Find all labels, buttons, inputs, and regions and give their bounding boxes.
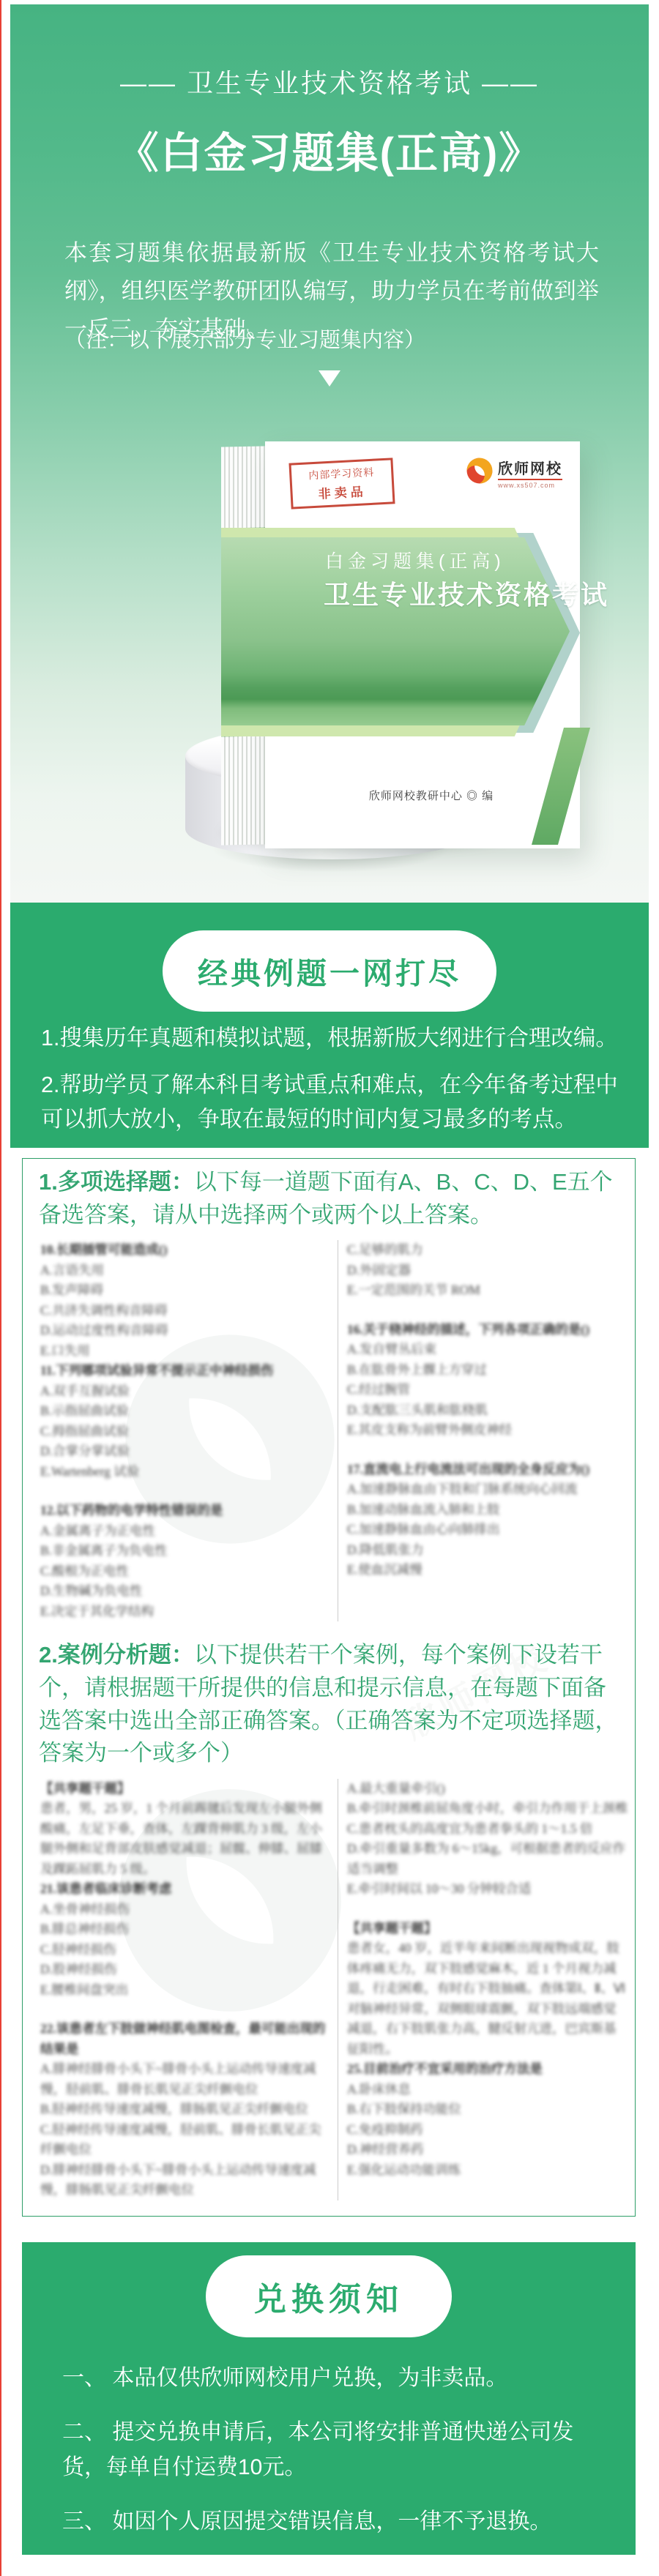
question-line: C.共济失调性构音障碍: [40, 1301, 327, 1321]
question-line: E.强化运动功能训练: [347, 2160, 628, 2181]
cover-editor-line: 欣师网校教研中心 ◎ 编: [325, 788, 537, 803]
question-line: 【共享题干题】: [40, 1779, 327, 1799]
mc-questions-right: C.足够的肌力D.外固定器E.一定范围的关节 ROM16.关于桡神经的描述，下列…: [338, 1240, 628, 1621]
notice-badge: 兑换须知: [206, 2255, 452, 2337]
not-for-sale-stamp: 内部学习资料 非卖品: [288, 458, 395, 509]
question-line: C.患者枕头的高度宜为患者拳头的 1～1.5 倍: [347, 1819, 628, 1840]
sample-questions-section: 欣师网校 1.多项选择题：以下每一道题下面有A、B、C、D、E五个备选答案，请从…: [0, 1148, 659, 2242]
question-line: 21.该患者临床诊断考虑: [40, 1879, 327, 1900]
question-line: C.免疫抑制药: [347, 2120, 628, 2140]
redeem-notice-section: 兑换须知 一、 本品仅供欣师网校用户兑换，为非卖品。二、 提交兑换申请后，本公司…: [22, 2242, 636, 2555]
notice-item: 一、 本品仅供欣师网校用户兑换，为非卖品。: [62, 2361, 599, 2396]
question-line: C.拇指屈曲试验: [40, 1422, 327, 1442]
question-line: C.足够的肌力: [347, 1240, 628, 1261]
content-note: （注：以下展示部分专业习题集内容）: [64, 324, 425, 354]
case-questions-left: 【共享题干题】患者，男，25 岁，1 个月前踢毽后发现左小腿外侧酸痛，左足下垂，…: [23, 1779, 338, 2200]
question-line: 12.以下药物的电学特性错误的是: [40, 1501, 327, 1521]
question-line: B.胫神经传导速度减慢，腓肠肌见正尖纤颤电位: [40, 2099, 327, 2120]
question-line: B.示指屈曲试验: [40, 1401, 327, 1422]
question-line: [40, 1482, 327, 1501]
question-line: A.金属离子为正电性: [40, 1521, 327, 1542]
question-line: D.生物碱为负电性: [40, 1581, 327, 1602]
question-line: E.腰椎间盘突出: [40, 1980, 327, 2001]
question-line: D.牵引重量多数为 6～15kg，可根据患者的反应作适当调整: [347, 1839, 628, 1879]
case-analysis-heading: 2.案例分析题：以下提供若干个案例，每个案例下设若干个，请根据题干所提供的信息和…: [39, 1639, 620, 1770]
question-line: [347, 1441, 628, 1460]
exam-category-heading: —— 卫生专业技术资格考试 ——: [10, 63, 649, 100]
question-line: D.运动过度性构音障碍: [40, 1321, 327, 1341]
question-line: E.其皮支称为前臂外侧皮神经: [347, 1420, 628, 1441]
question-line: A.卧床休息: [347, 2080, 628, 2100]
question-line: D.外固定器: [347, 1261, 628, 1281]
left-edge-line: [0, 0, 1, 2576]
question-line: A.坐骨神经损伤: [40, 1900, 327, 1920]
question-line: B.在肱骨外上髁上方穿过: [347, 1360, 628, 1381]
question-line: A.腓神经腓骨小头下~腓骨小头上运动传导速度减慢，胫前肌、腓骨长肌见正尖纤颤电位: [40, 2059, 327, 2099]
hero-section: —— 卫生专业技术资格考试 —— 《白金习题集(正高)》 本套习题集依据最新版《…: [10, 4, 649, 903]
question-line: E.决定于其化学结构: [40, 1602, 327, 1622]
question-line: D.腓神经腓骨小头下~腓骨小头上运动传导速度减慢，腓肠肌见正尖纤颤电位: [40, 2160, 327, 2200]
question-box: 欣师网校 1.多项选择题：以下每一道题下面有A、B、C、D、E五个备选答案，请从…: [22, 1158, 636, 2217]
brand-logo: 欣师网校 www.xs507.com: [466, 457, 562, 489]
question-line: [347, 1301, 628, 1320]
notice-item: 二、 提交兑换申请后，本公司将安排普通快递公司发货，每单自付运费10元。: [62, 2415, 599, 2485]
question-line: 16.关于桡神经的描述，下列各项正确的是(): [347, 1320, 628, 1340]
question-line: 【共享题干题】: [347, 1919, 628, 1939]
question-line: 11.下列哪项试验异常不提示正中神经损伤: [40, 1361, 327, 1381]
question-line: A.发自臂丛后束: [347, 1340, 628, 1360]
question-line: B.发声障碍: [40, 1280, 327, 1301]
question-line: 患者女，40 岁，近半年来间断出现视物成双，肢体疼痛无力，双下肢感觉麻木，近 1…: [347, 1938, 628, 2059]
question-line: 患者，男，25 岁，1 个月前踢毽后发现左小腿外侧酸痛，左足下垂，查体，左踝背伸…: [40, 1799, 327, 1879]
question-line: [347, 1900, 628, 1919]
case-analysis-label: 2.案例分析题：: [39, 1642, 194, 1668]
question-line: B.加速动脉血流入肺和上肢: [347, 1500, 628, 1520]
features-badge: 经典例题一网打尽: [163, 930, 496, 1012]
question-line: A.言语失用: [40, 1261, 327, 1281]
cover-title: 卫生专业技术资格考试: [324, 575, 609, 612]
question-line: 25.目前治疗不宜采用的治疗方法是: [347, 2059, 628, 2080]
question-line: A.最大重量牵引(): [347, 1779, 628, 1799]
question-line: D.神经营养药: [347, 2140, 628, 2160]
question-line: C.胫神经传导速度减慢，胫前肌、腓骨长肌见正尖纤颤电位: [40, 2120, 327, 2160]
stamp-text-bottom: 非卖品: [298, 480, 387, 503]
question-line: D.合掌分掌试验: [40, 1441, 327, 1462]
question-line: E.Wartenberg 试验: [40, 1462, 327, 1482]
features-section: 经典例题一网打尽 1.搜集历年真题和模拟试题，根据新版大纲进行合理改编。2.帮助…: [10, 903, 649, 1148]
question-line: C.经过腕管: [347, 1380, 628, 1400]
promo-page: —— 卫生专业技术资格考试 —— 《白金习题集(正高)》 本套习题集依据最新版《…: [0, 0, 659, 2576]
question-line: B.牵引时颈椎前屈角度小时，牵引力作用于上颈椎: [347, 1799, 628, 1819]
question-line: E.使血沉减慢: [347, 1560, 628, 1580]
question-line: A.双手互握试验: [40, 1381, 327, 1402]
question-line: B.腓总神经损伤: [40, 1919, 327, 1940]
question-line: 17.直流电上行电流法可出现的全身反应为(): [347, 1460, 628, 1480]
feature-item: 2.帮助学员了解本科目考试重点和难点，在今年备考过程中可以抓大放小，争取在最短的…: [41, 1068, 622, 1138]
multiple-choice-label: 1.多项选择题：: [39, 1169, 194, 1195]
product-title: 《白金习题集(正高)》: [10, 119, 649, 180]
feature-item: 1.搜集历年真题和模拟试题，根据新版大纲进行合理改编。: [41, 1021, 622, 1056]
brand-url: www.xs507.com: [498, 482, 562, 489]
question-line: B.右下肢保持功能位: [347, 2099, 628, 2120]
brand-name: 欣师网校: [498, 457, 562, 480]
brand-text: 欣师网校 www.xs507.com: [498, 457, 562, 489]
question-line: D.股神经损伤: [40, 1960, 327, 1980]
question-line: 22.该患者左下肢做神经肌电图检查，最可能出现的结果是: [40, 2019, 327, 2059]
question-line: E.牵引时间以 10～30 分钟较合适: [347, 1879, 628, 1900]
multiple-choice-columns: 10.长期插管可能造成()A.言语失用B.发声障碍C.共济失调性构音障碍D.运动…: [23, 1240, 635, 1621]
question-line: E.一定范围的关节 ROM: [347, 1280, 628, 1301]
question-line: B.非金属离子为负电性: [40, 1541, 327, 1561]
question-line: C.胫神经损伤: [40, 1940, 327, 1960]
multiple-choice-heading: 1.多项选择题：以下每一道题下面有A、B、C、D、E五个备选答案，请从中选择两个…: [39, 1166, 620, 1231]
question-line: D.支配肱三头肌和肱桡肌: [347, 1400, 628, 1421]
notice-list: 一、 本品仅供欣师网校用户兑换，为非卖品。二、 提交兑换申请后，本公司将安排普通…: [62, 2361, 599, 2558]
question-line: A.加速静脉血由下肢和门脉系统向心回流: [347, 1479, 628, 1500]
question-line: D.降低肌张力: [347, 1540, 628, 1561]
question-line: E.口失用: [40, 1341, 327, 1362]
question-line: 10.长期插管可能造成(): [40, 1240, 327, 1261]
question-line: C.酸根为正电性: [40, 1561, 327, 1582]
down-arrow-icon: [319, 370, 340, 387]
question-line: C.加速静脉血由心向肺排出: [347, 1520, 628, 1540]
question-line: [40, 2000, 327, 2019]
features-list: 1.搜集历年真题和模拟试题，根据新版大纲进行合理改编。2.帮助学员了解本科目考试…: [41, 1021, 622, 1149]
brand-swirl-icon: [466, 457, 494, 485]
case-questions-right: A.最大重量牵引()B.牵引时颈椎前屈角度小时，牵引力作用于上颈椎C.患者枕头的…: [338, 1779, 628, 2200]
case-analysis-columns: 【共享题干题】患者，男，25 岁，1 个月前踢毽后发现左小腿外侧酸痛，左足下垂，…: [23, 1779, 635, 2200]
notice-item: 三、 如因个人原因提交错误信息，一律不予退换。: [62, 2504, 599, 2539]
mc-questions-left: 10.长期插管可能造成()A.言语失用B.发声障碍C.共济失调性构音障碍D.运动…: [23, 1240, 338, 1621]
cover-subtitle: 白金习题集(正高): [325, 547, 505, 573]
